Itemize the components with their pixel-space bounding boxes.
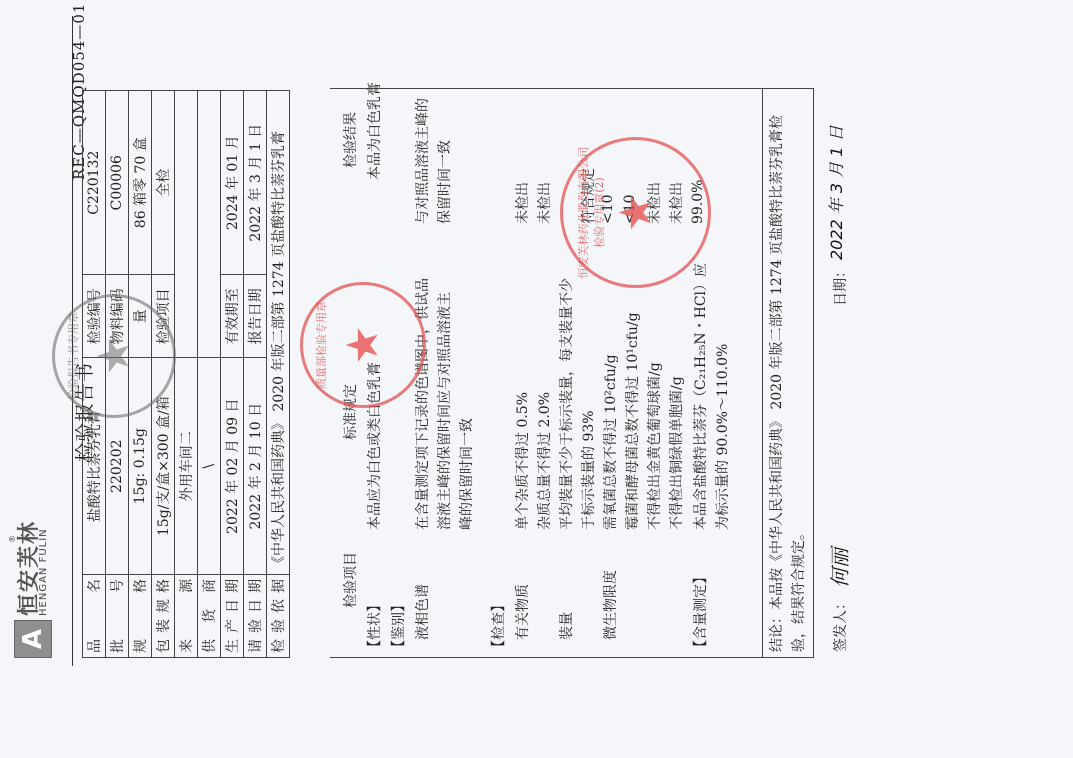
production-date-label: 生产日期: [221, 575, 244, 658]
table-row: 供 货 商 \: [198, 91, 221, 658]
standard-line: 杂质总量不得过 2.0%: [534, 392, 554, 530]
test-items-value: 全检: [152, 91, 175, 275]
product-name-label: 品 名: [83, 575, 106, 658]
report-date-label: 报告日期: [244, 275, 267, 358]
section-heading: 【含量测定】: [690, 570, 710, 654]
standard-line: 需氧菌总数不得过 10²cfu/g: [600, 354, 620, 530]
expiry-label: 有效期至: [221, 275, 244, 358]
stamp-bottom: 恒安芙林药业股份有限公司 检验专用章(2) ★: [560, 137, 711, 288]
supplier-label: 供 货 商: [198, 575, 221, 658]
brand-name-en: HENGAN FULIN: [38, 528, 49, 616]
result-line: 与对照品溶液主峰的: [412, 98, 432, 224]
stamp-middle: 质量部检验专用章 ★: [300, 282, 426, 408]
request-date-value: 2022 年 2 月 10 日: [244, 358, 267, 575]
standard-line: 霉菌和酵母菌总数不得过 10¹cfu/g: [622, 312, 642, 530]
standard-line: 不得检出金黄色葡萄球菌/g: [644, 362, 664, 530]
standard-line: 单个杂质不得过 0.5%: [512, 392, 532, 530]
star-icon: ★: [338, 325, 389, 364]
table-row: 来 源 外用车间二: [175, 91, 198, 658]
quantity-value: 86 箱零 70 盒: [129, 91, 152, 275]
item-name: 液相色谱: [412, 584, 432, 640]
section-heading: 【性状】: [364, 598, 384, 654]
section-heading: 【检查】: [488, 598, 508, 654]
production-date-value: 2022 年 02 月 09 日: [221, 358, 244, 575]
standard-line: 不得检出铜绿假单胞菌/g: [666, 376, 686, 530]
request-date-label: 请验日期: [244, 575, 267, 658]
star-icon: ★: [89, 336, 140, 375]
standard-line: 为标示量的 90.0%～110.0%: [712, 344, 732, 530]
report-date-value: 2022 年 3 月 1 日: [244, 91, 267, 275]
test-no-value: C220132: [83, 91, 106, 275]
item-name: 有关物质: [512, 584, 532, 640]
expiry-value: 2024 年 01 月: [221, 91, 244, 275]
basis-value: 《中华人民共和国药典》 2020 年版二部第 1274 页盐酸特比萘芬乳膏: [267, 91, 290, 575]
result-line: 未检出: [534, 182, 554, 224]
section-heading: 【鉴别】: [388, 598, 408, 654]
source-label: 来 源: [175, 575, 198, 658]
column-header-result: 检验结果: [340, 112, 360, 168]
batch-label: 批 号: [106, 575, 129, 658]
item-name: 微生物限度: [600, 570, 620, 640]
conclusion-text: 结论：本品按《中华人民共和国药典》 2020 年版二部第 1274 页盐酸特比萘…: [766, 96, 810, 652]
result-line: 本品为白色乳膏: [364, 82, 384, 180]
table-row: 检验依据 《中华人民共和国药典》 2020 年版二部第 1274 页盐酸特比萘芬…: [267, 91, 290, 658]
result-line: 保留时间一致: [434, 140, 454, 224]
source-value: 外用车间二: [175, 358, 198, 575]
inspection-report-page: A 恒安芙林 ® HENGAN FULIN 检验报告书 REC—QMQD054—…: [0, 0, 1073, 758]
table-row: 请验日期 2022 年 2 月 10 日 报告日期 2022 年 3 月 1 日: [244, 91, 267, 658]
column-header-item: 检验项目: [340, 552, 360, 608]
spec-label: 规 格: [129, 575, 152, 658]
standard-line: 本品含盐酸特比萘芬（C₂₁H₂₅N・HCl）应: [690, 263, 710, 530]
standard-line: 于标示装量的 93%: [578, 410, 598, 530]
result-line: 未检出: [512, 182, 532, 224]
standard-line: 溶液主峰的保留时间应与对照品溶液主: [434, 292, 454, 530]
table-row: 生产日期 2022 年 02 月 09 日 有效期至 2024 年 01 月: [221, 91, 244, 658]
stamp-top: 检验报告书专用章 ★: [52, 294, 176, 418]
date-handwritten: 2022 年 3 月 1 日: [824, 125, 847, 260]
date-label: 日期：: [830, 264, 850, 306]
registered-mark: ®: [8, 535, 17, 543]
package-label: 包装规格: [152, 575, 175, 658]
basis-label: 检验依据: [267, 575, 290, 658]
standard-line: 平均装量不少于标示装量，每支装量不少: [556, 278, 576, 530]
signer-label: 签发人：: [830, 596, 850, 652]
supplier-value: \: [198, 358, 221, 575]
signer-signature: 何丽: [824, 548, 853, 588]
item-name: 装量: [556, 612, 576, 640]
hengan-logo-icon: A: [14, 620, 52, 658]
material-code-value: C00006: [106, 91, 129, 275]
standard-line: 峰的保留时间一致: [456, 418, 476, 530]
star-icon: ★: [610, 193, 661, 232]
